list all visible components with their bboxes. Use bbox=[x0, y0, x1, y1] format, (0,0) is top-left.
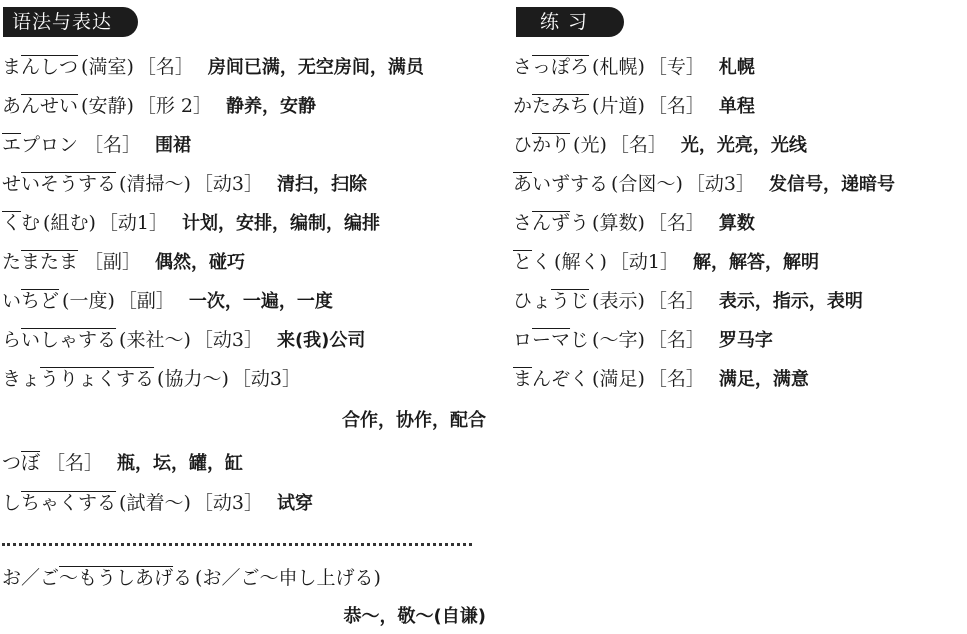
meaning: 札幌 bbox=[719, 57, 755, 78]
kanji: (満室) bbox=[81, 56, 134, 78]
meaning: 围裙 bbox=[155, 135, 191, 156]
reading: せ bbox=[2, 173, 21, 195]
expression-meaning: 恭～，敬～(自谦) bbox=[344, 605, 486, 629]
reading: あ bbox=[2, 95, 21, 117]
part-of-speech: ［动3］ bbox=[194, 173, 263, 195]
vocab-entry: とく(解く)［动1］解，解答，解明 bbox=[513, 250, 819, 275]
reading-accent: うりょくする bbox=[40, 368, 154, 390]
reading: ら bbox=[2, 329, 21, 351]
reading: つ bbox=[2, 452, 21, 474]
vocab-entry: あいずする(合図～)［动3］发信号，递暗号 bbox=[513, 172, 895, 197]
meaning: 偶然，碰巧 bbox=[155, 252, 245, 273]
kanji: (清掃～) bbox=[119, 173, 191, 195]
reading-accent: ～もうしあげ bbox=[59, 567, 173, 589]
reading-accent: いそうする bbox=[21, 173, 116, 195]
reading: う bbox=[570, 212, 589, 234]
reading-accent: ま bbox=[513, 368, 532, 390]
reading: さ bbox=[513, 212, 532, 234]
reading-accent: ぼ bbox=[21, 452, 40, 474]
reading-accent: あ bbox=[513, 173, 532, 195]
meaning: 试穿 bbox=[277, 493, 313, 514]
meaning: 光，光亮，光线 bbox=[681, 135, 807, 156]
reading: ひ bbox=[513, 134, 532, 156]
vocab-entry: エプロン［名］围裙 bbox=[2, 133, 191, 158]
kanji: (札幌) bbox=[592, 56, 645, 78]
section-title-practice: 练习 bbox=[516, 7, 624, 37]
reading: いずする bbox=[532, 173, 608, 195]
kanji: (来社～) bbox=[119, 329, 191, 351]
kanji: (合図～) bbox=[611, 173, 683, 195]
kanji: (解く) bbox=[554, 251, 607, 273]
expression-entry: お／ご～もうしあげる(お／ご～申し上げる) bbox=[2, 566, 381, 590]
reading: く bbox=[532, 251, 551, 273]
vocab-entry: ひょうじ(表示)［名］表示，指示，表明 bbox=[513, 289, 863, 314]
meaning: 表示，指示，表明 bbox=[719, 291, 863, 312]
vocab-entry: まんぞく(満足)［名］满足，满意 bbox=[513, 367, 809, 392]
reading-accent: いしゃする bbox=[21, 329, 116, 351]
vocab-entry: たまたま［副］偶然，碰巧 bbox=[2, 250, 245, 275]
meaning: 清扫，扫除 bbox=[277, 174, 367, 195]
kanji: (光) bbox=[573, 134, 607, 156]
meaning: 发信号，递暗号 bbox=[769, 174, 895, 195]
part-of-speech: ［名］ bbox=[648, 95, 705, 117]
vocab-entry: くむ(組む)［动1］计划，安排，编制，编排 bbox=[2, 211, 380, 236]
reading-accent: たみち bbox=[532, 95, 589, 117]
reading-accent: かり bbox=[532, 134, 570, 156]
reading: きょ bbox=[2, 368, 40, 390]
vocab-entry: せいそうする(清掃～)［动3］清扫，扫除 bbox=[2, 172, 367, 197]
reading: プロン bbox=[21, 134, 78, 156]
reading-accent: く bbox=[2, 212, 21, 234]
reading: む bbox=[21, 212, 40, 234]
reading-accent: っぽろ bbox=[532, 56, 589, 78]
part-of-speech: ［副］ bbox=[118, 290, 175, 312]
meaning: 单程 bbox=[719, 96, 755, 117]
part-of-speech: ［动3］ bbox=[686, 173, 755, 195]
meaning: 满足，满意 bbox=[719, 369, 809, 390]
part-of-speech: ［动3］ bbox=[194, 492, 263, 514]
reading: し bbox=[2, 492, 21, 514]
part-of-speech: ［专］ bbox=[648, 56, 705, 78]
reading: ま bbox=[2, 56, 21, 78]
vocab-entry: きょうりょくする(協力～)［动3］ bbox=[2, 367, 301, 391]
reading-accent: と bbox=[513, 251, 532, 273]
reading-accent: ちど bbox=[21, 290, 59, 312]
part-of-speech: ［名］ bbox=[648, 290, 705, 312]
meaning: 一次，一遍，一度 bbox=[189, 291, 333, 312]
section-title-grammar: 语法与表达 bbox=[3, 7, 138, 37]
part-of-speech: ［名］ bbox=[610, 134, 667, 156]
reading: た bbox=[2, 251, 21, 273]
reading-accent: んせい bbox=[21, 95, 78, 117]
part-of-speech: ［形 2］ bbox=[137, 95, 212, 117]
meaning-continued: 合作，协作，配合 bbox=[342, 409, 486, 433]
reading: か bbox=[513, 95, 532, 117]
vocab-entry: いちど(一度)［副］一次，一遍，一度 bbox=[2, 289, 333, 314]
vocab-entry: まんしつ(満室)［名］房间已满，无空房间，满员 bbox=[2, 55, 424, 80]
part-of-speech: ［名］ bbox=[648, 368, 705, 390]
part-of-speech: ［动1］ bbox=[610, 251, 679, 273]
vocab-entry: しちゃくする(試着～)［动3］试穿 bbox=[2, 491, 313, 516]
vocab-entry: さっぽろ(札幌)［专］札幌 bbox=[513, 55, 755, 80]
vocab-entry: かたみち(片道)［名］单程 bbox=[513, 94, 755, 119]
part-of-speech: ［名］ bbox=[84, 134, 141, 156]
part-of-speech: ［动1］ bbox=[99, 212, 168, 234]
meaning: 算数 bbox=[719, 213, 755, 234]
reading: る bbox=[173, 567, 192, 589]
reading: ロ bbox=[513, 329, 532, 351]
part-of-speech: ［名］ bbox=[46, 452, 103, 474]
reading: んぞく bbox=[532, 368, 589, 390]
meaning: 计划，安排，编制，编排 bbox=[182, 213, 380, 234]
dotted-divider bbox=[2, 543, 472, 546]
kanji: (組む) bbox=[43, 212, 96, 234]
meaning: 来(我)公司 bbox=[277, 330, 365, 351]
kanji: (安静) bbox=[81, 95, 134, 117]
vocab-entry: ローマじ(～字)［名］罗马字 bbox=[513, 328, 773, 353]
vocab-entry: ひかり(光)［名］光，光亮，光线 bbox=[513, 133, 807, 158]
kanji: (～字) bbox=[592, 329, 645, 351]
part-of-speech: ［名］ bbox=[648, 212, 705, 234]
reading-accent: んず bbox=[532, 212, 570, 234]
vocab-entry: あんせい(安静)［形 2］静养，安静 bbox=[2, 94, 316, 119]
reading-accent: またま bbox=[21, 251, 78, 273]
meaning: 罗马字 bbox=[719, 330, 773, 351]
kanji: (満足) bbox=[592, 368, 645, 390]
reading: い bbox=[2, 290, 21, 312]
reading: お／ご bbox=[2, 567, 59, 589]
reading: ひょ bbox=[513, 290, 551, 312]
kanji: (試着～) bbox=[119, 492, 191, 514]
part-of-speech: ［名］ bbox=[648, 329, 705, 351]
kanji: (協力～) bbox=[157, 368, 229, 390]
reading-accent: エ bbox=[2, 134, 21, 156]
meaning: 静养，安静 bbox=[226, 96, 316, 117]
reading-accent: ちゃくする bbox=[21, 492, 116, 514]
part-of-speech: ［名］ bbox=[137, 56, 194, 78]
reading-accent: ーマ bbox=[532, 329, 570, 351]
kanji: (算数) bbox=[592, 212, 645, 234]
kanji: (表示) bbox=[592, 290, 645, 312]
reading-accent: んしつ bbox=[21, 56, 78, 78]
meaning: 房间已满，无空房间，满员 bbox=[208, 57, 424, 78]
vocab-entry: さんずう(算数)［名］算数 bbox=[513, 211, 755, 236]
meaning: 瓶，坛，罐，缸 bbox=[117, 453, 243, 474]
part-of-speech: ［动3］ bbox=[194, 329, 263, 351]
kanji: (一度) bbox=[62, 290, 115, 312]
meaning: 解，解答，解明 bbox=[693, 252, 819, 273]
reading-accent: うじ bbox=[551, 290, 589, 312]
vocab-entry: らいしゃする(来社～)［动3］来(我)公司 bbox=[2, 328, 365, 353]
part-of-speech: ［副］ bbox=[84, 251, 141, 273]
reading: じ bbox=[570, 329, 589, 351]
reading: さ bbox=[513, 56, 532, 78]
kanji: (お／ご～申し上げる) bbox=[195, 567, 381, 589]
part-of-speech: ［动3］ bbox=[232, 368, 301, 390]
vocab-entry: つぼ［名］瓶，坛，罐，缸 bbox=[2, 451, 243, 476]
kanji: (片道) bbox=[592, 95, 645, 117]
